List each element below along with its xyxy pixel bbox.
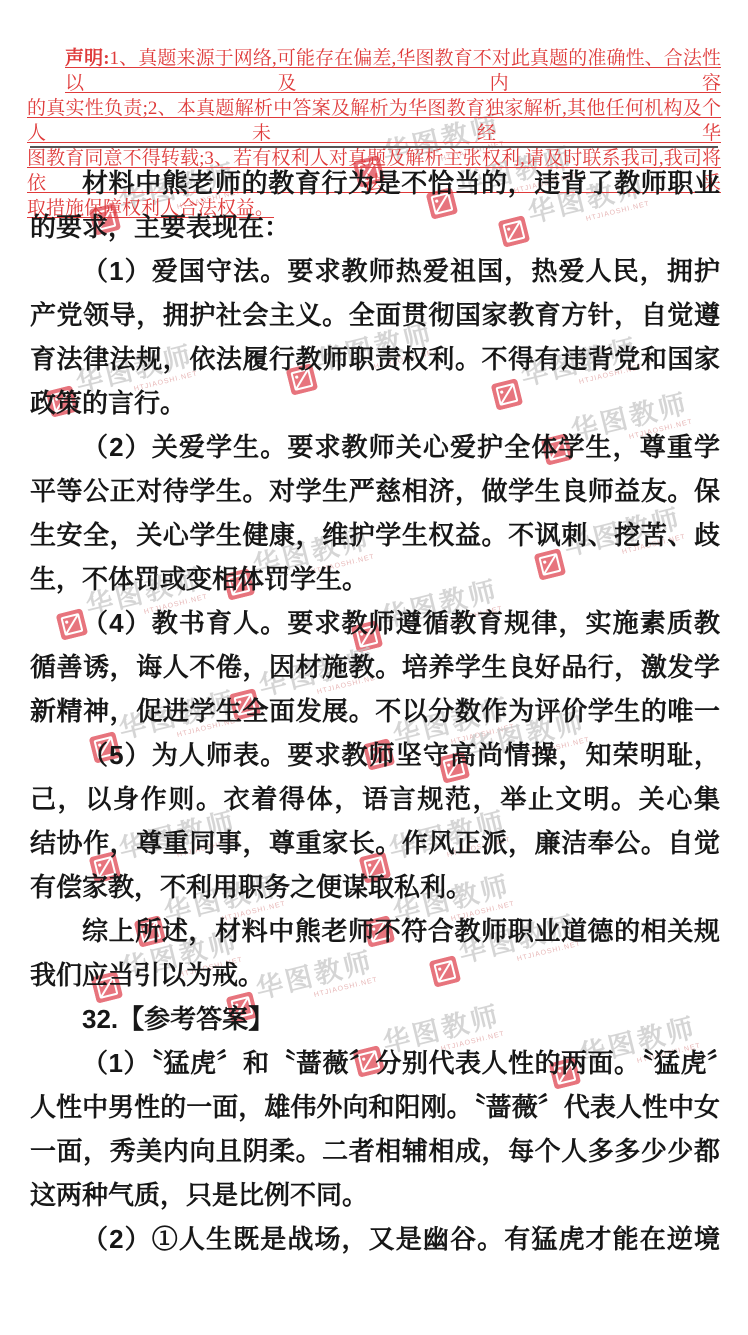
text-line: （1）爱国守法。要求教师热爱祖国，热爱人民，拥护中国共	[30, 249, 720, 293]
text-line: （1）〝猛虎〞和〝蔷薇〞分别代表人性的两面。〝猛虎〞代表	[30, 1041, 720, 1085]
text-line: （2）①人生既是战场，又是幽谷。有猛虎才能在逆境中立定	[30, 1217, 720, 1261]
text-line: 平等公正对待学生。对学生严慈相济，做学生良师益友。保护学	[30, 469, 720, 513]
content-layer: 声明:1、真题来源于网络,可能存在偏差,华图教育不对此真题的准确性、合法性以及内…	[0, 0, 748, 1335]
text-line: 结协作，尊重同事，尊重家长。作风正派，廉洁奉公。自觉抵制	[30, 821, 720, 865]
text-line: （5）为人师表。要求教师坚守高尚情操，知荣明耻，严于律	[30, 733, 720, 777]
body-paragraph: 综上所述，材料中熊老师不符合教师职业道德的相关规定，我们应当引以为戒。	[30, 909, 720, 997]
body-paragraph: （1）〝猛虎〞和〝蔷薇〞分别代表人性的两面。〝猛虎〞代表人性中男性的一面，雄伟外…	[30, 1041, 720, 1217]
body-paragraph: （5）为人师表。要求教师坚守高尚情操，知荣明耻，严于律己，以身作则。衣着得体，语…	[30, 733, 720, 909]
body-paragraph: 32.【参考答案】	[30, 997, 720, 1041]
text-line: 综上所述，材料中熊老师不符合教师职业道德的相关规定，	[30, 909, 720, 953]
text-line: 32.【参考答案】	[30, 997, 720, 1041]
body-paragraph: （2）①人生既是战场，又是幽谷。有猛虎才能在逆境中立定	[30, 1217, 720, 1261]
document-body: 材料中熊老师的教育行为是不恰当的，违背了教师职业道德的要求，主要表现在：（1）爱…	[30, 161, 720, 1261]
text-line: 我们应当引以为戒。	[30, 953, 720, 997]
section-divider	[30, 146, 718, 148]
text-line: 有偿家教，不利用职务之便谋取私利。	[30, 865, 720, 909]
text-line: 这两种气质，只是比例不同。	[30, 1173, 720, 1217]
text-line: 育法律法规，依法履行教师职责权利。不得有违背党和国家方针	[30, 337, 720, 381]
text-line: 材料中熊老师的教育行为是不恰当的，违背了教师职业道德	[30, 161, 720, 205]
text-line: 产党领导，拥护社会主义。全面贯彻国家教育方针，自觉遵守教	[30, 293, 720, 337]
body-paragraph: （1）爱国守法。要求教师热爱祖国，热爱人民，拥护中国共产党领导，拥护社会主义。全…	[30, 249, 720, 425]
disclaimer-prefix: 声明:	[65, 48, 110, 69]
text-line: 生安全，关心学生健康，维护学生权益。不讽刺、挖苦、歧视学	[30, 513, 720, 557]
text-line: 循善诱，诲人不倦，因材施教。培养学生良好品行，激发学生创	[30, 645, 720, 689]
text-line: （4）教书育人。要求教师遵循教育规律，实施素质教育。循	[30, 601, 720, 645]
text-line: 一面，秀美内向且阴柔。二者相辅相成，每个人多多少少都兼有	[30, 1129, 720, 1173]
text-line: 政策的言行。	[30, 381, 720, 425]
text-line: 生，不体罚或变相体罚学生。	[30, 557, 720, 601]
body-paragraph: （4）教书育人。要求教师遵循教育规律，实施素质教育。循循善诱，诲人不倦，因材施教…	[30, 601, 720, 733]
disclaimer-line: 的真实性负责;2、本真题解析中答案及解析为华图教育独家解析,其他任何机构及个人未…	[27, 96, 721, 146]
text-line: （2）关爱学生。要求教师关心爱护全体学生，尊重学生人格，	[30, 425, 720, 469]
body-paragraph: 材料中熊老师的教育行为是不恰当的，违背了教师职业道德的要求，主要表现在：	[30, 161, 720, 249]
text-line: 的要求，主要表现在：	[30, 205, 720, 249]
text-line: 己，以身作则。衣着得体，语言规范，举止文明。关心集体，团	[30, 777, 720, 821]
text-line: 新精神，促进学生全面发展。不以分数作为评价学生的唯一标准。	[30, 689, 720, 733]
disclaimer-line: 声明:1、真题来源于网络,可能存在偏差,华图教育不对此真题的准确性、合法性以及内…	[27, 46, 721, 96]
body-paragraph: （2）关爱学生。要求教师关心爱护全体学生，尊重学生人格，平等公正对待学生。对学生…	[30, 425, 720, 601]
text-line: 人性中男性的一面，雄伟外向和阳刚。〝蔷薇〞代表人性中女性的	[30, 1085, 720, 1129]
document-page: 华图教师 HTJIAOSHI.NET 华图教师 HTJIAOSHI.NET	[0, 0, 748, 1335]
